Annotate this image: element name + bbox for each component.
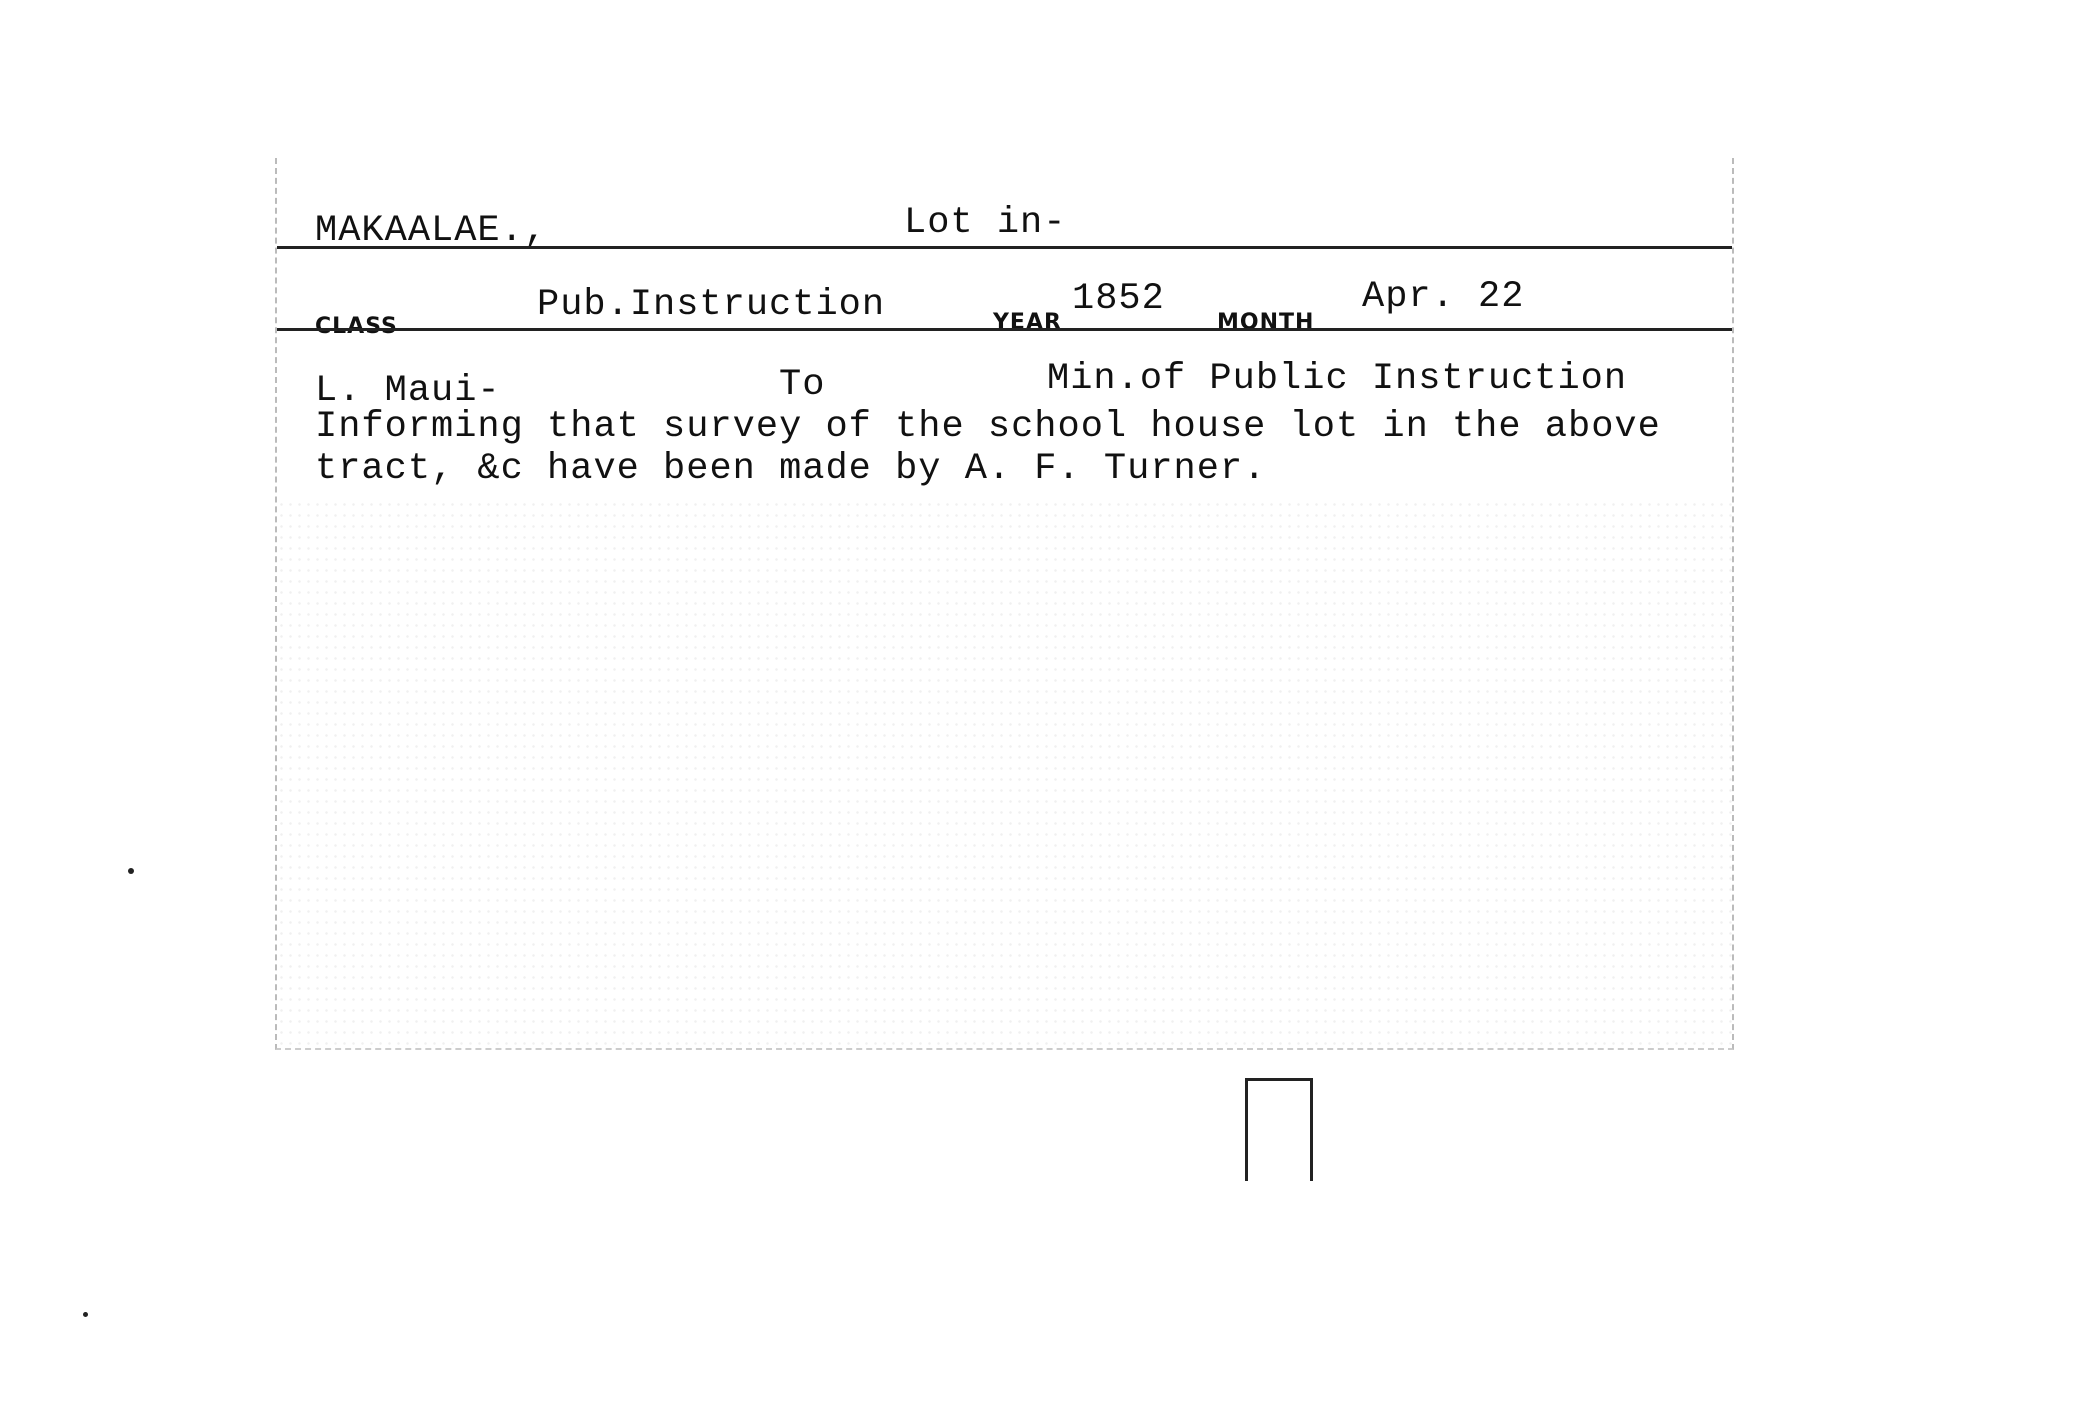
index-card: MAKAALAE., Lot in- CLASS Pub.Instruction… [275,158,1734,1050]
fields-rule [277,328,1732,331]
year-label: YEAR [993,310,1062,335]
month-value: Apr. 22 [1362,276,1524,318]
entry-to-label: To [779,364,825,406]
year-value: 1852 [1072,278,1165,320]
scan-speck [83,1312,88,1317]
class-value: Pub.Instruction [537,284,885,326]
entry-line-2: tract, &c have been made by A. F. Turner… [315,448,1266,490]
entry-to: Min.of Public Instruction [1047,358,1627,400]
subject: Lot in- [904,202,1066,244]
scan-speck [128,868,134,874]
header-rule [277,246,1732,249]
card-tab-cutout [1245,1078,1313,1181]
entry-line-1: Informing that survey of the school hous… [315,406,1661,448]
class-label: CLASS [315,314,398,339]
month-label: MONTH [1217,310,1314,335]
